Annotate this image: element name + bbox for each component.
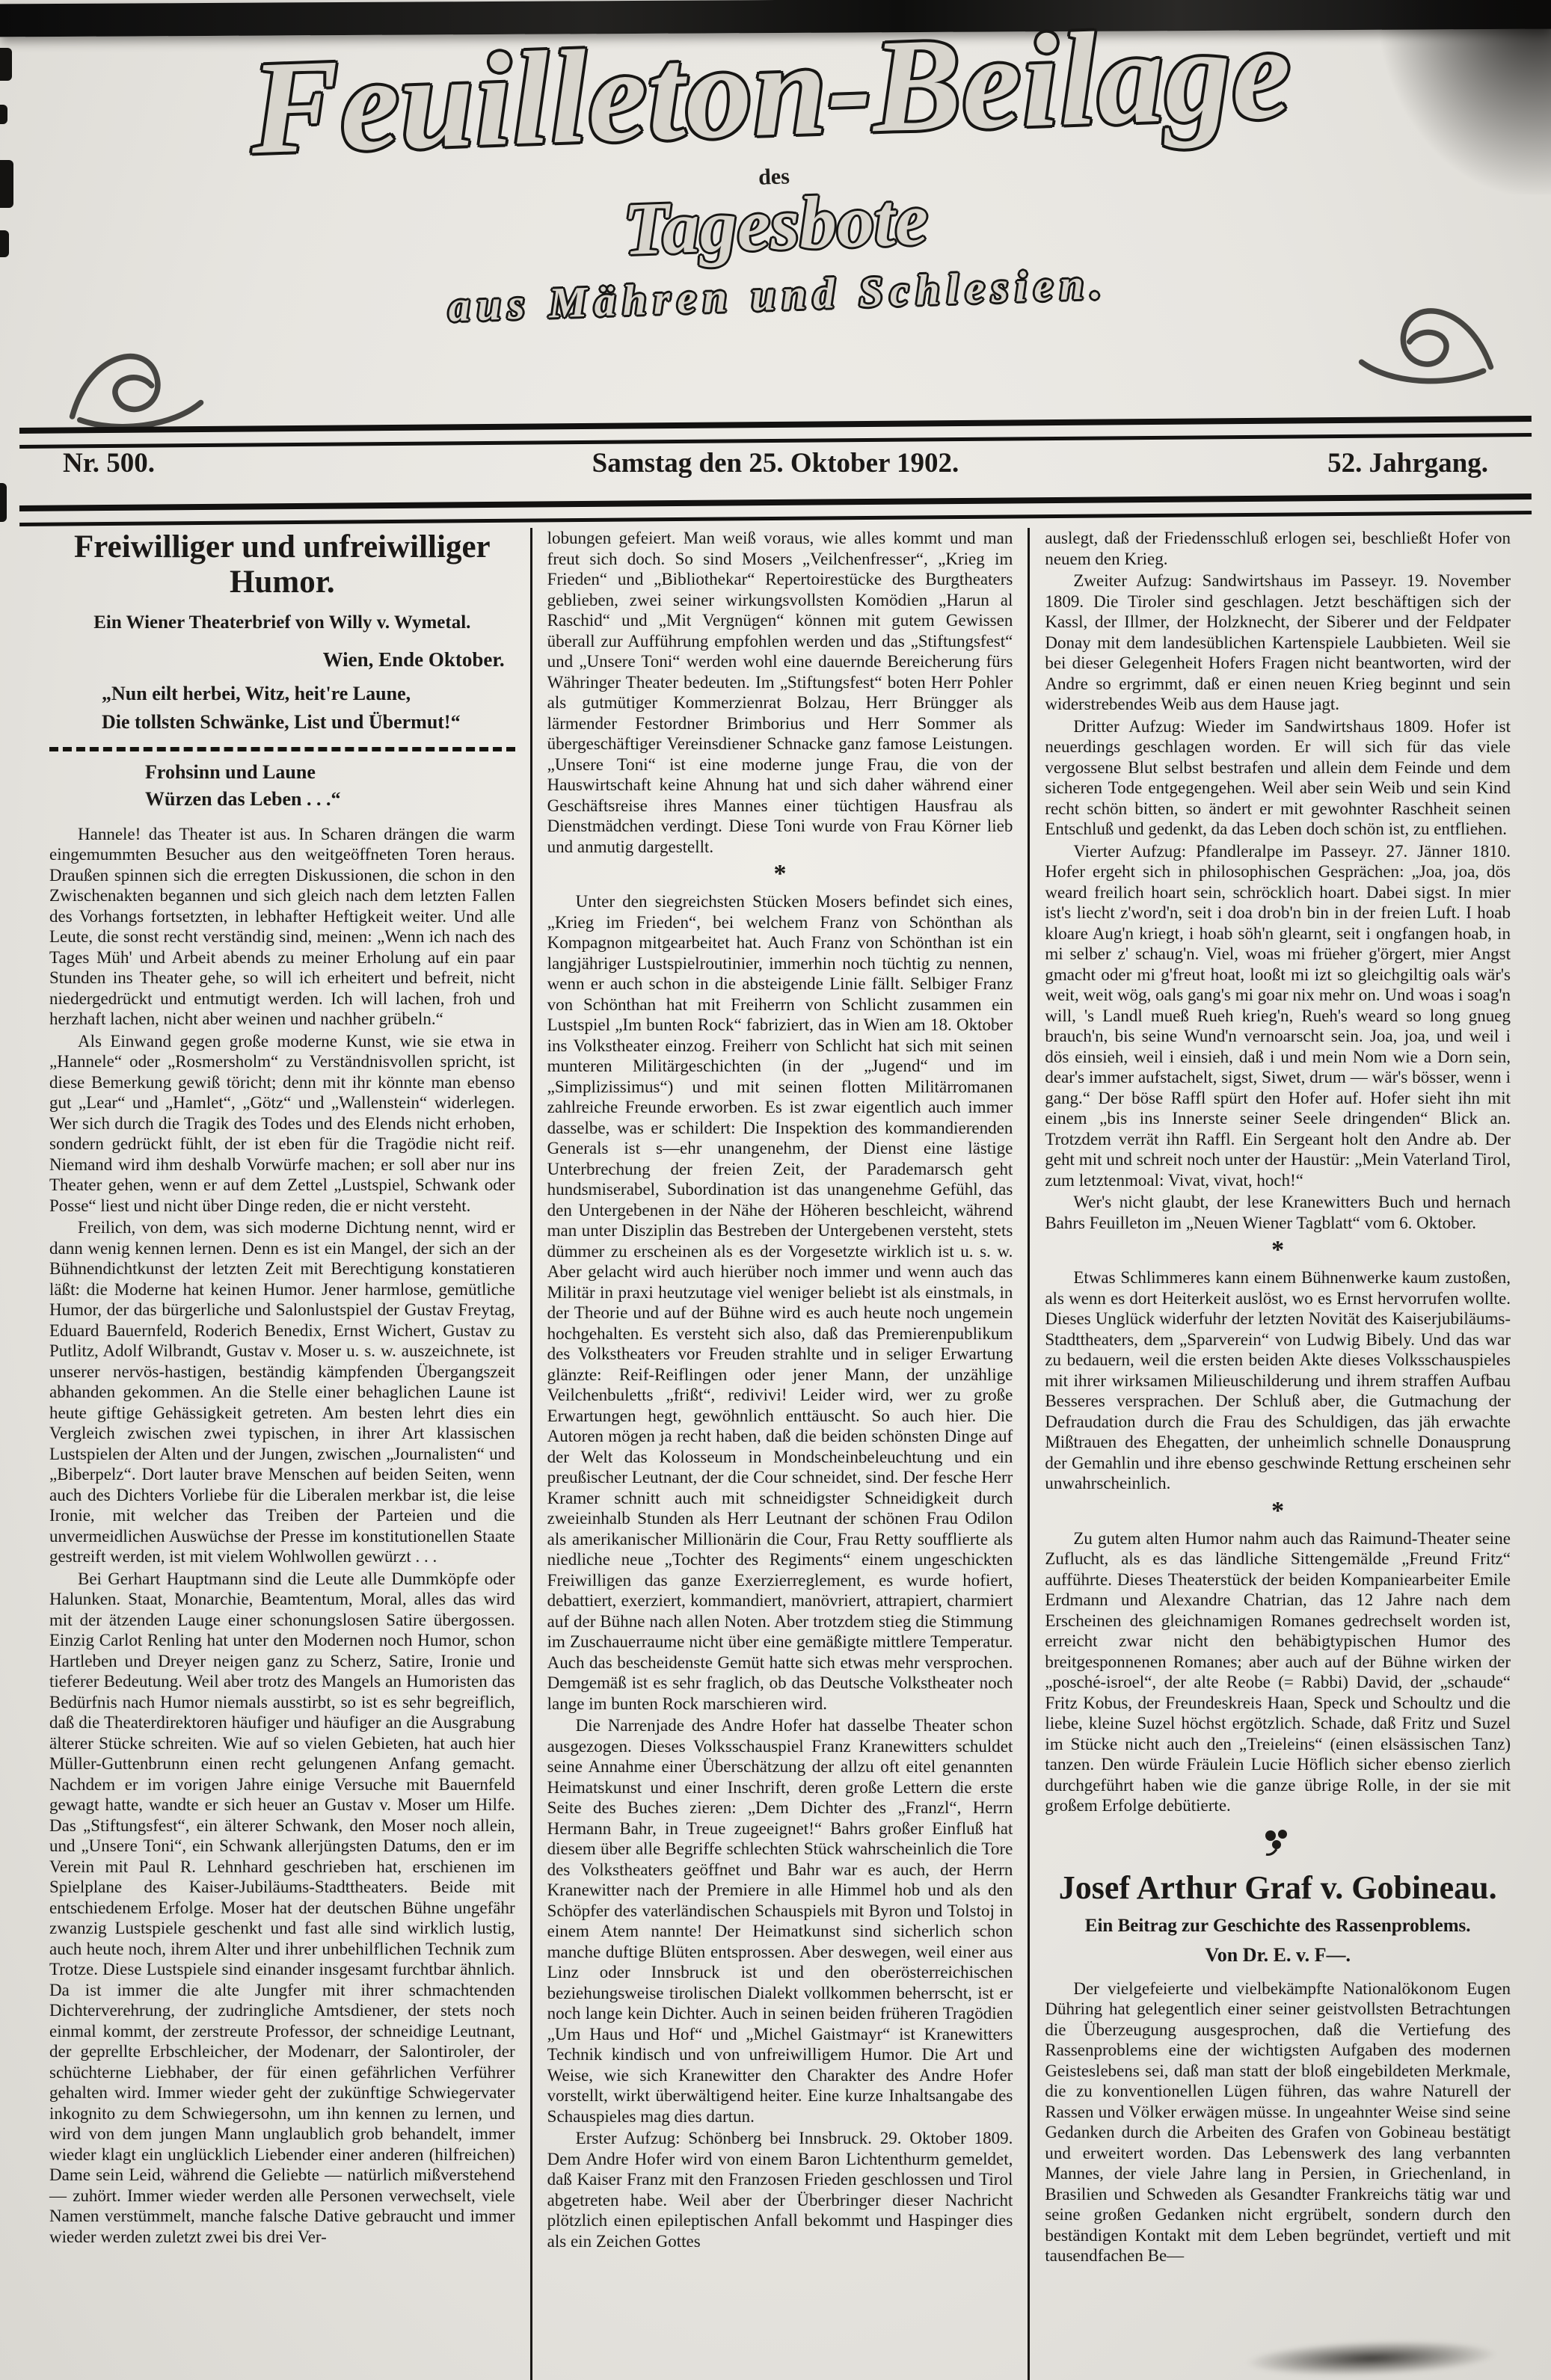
flourish-left-ornament bbox=[39, 320, 267, 440]
paragraph: Freilich, von dem, was sich moderne Dich… bbox=[49, 1217, 515, 1567]
paragraph: Bei Gerhart Hauptmann sind die Leute all… bbox=[49, 1569, 515, 2248]
paragraph: Erster Aufzug: Schönberg bei Innsbruck. … bbox=[547, 2128, 1013, 2251]
double-rule-bottom bbox=[19, 493, 1532, 526]
flourish-right-ornament bbox=[1293, 276, 1521, 396]
section-star-separator: * bbox=[1045, 1239, 1511, 1261]
paragraph: Zu gutem alten Humor nahm auch das Raimu… bbox=[1045, 1528, 1511, 1816]
scan-edge-blob bbox=[0, 105, 7, 124]
paragraph: Dritter Aufzug: Wieder im Sandwirtshaus … bbox=[1045, 716, 1511, 840]
verse-line: Frohsinn und Laune bbox=[145, 760, 515, 785]
paragraph: Wer's nicht glaubt, der lese Kranewitter… bbox=[1045, 1192, 1511, 1233]
article-title: Freiwilliger und unfreiwilliger Humor. bbox=[49, 529, 515, 600]
article-dateline: Wien, Ende Oktober. bbox=[49, 648, 505, 671]
column-1: Freiwilliger und unfreiwilliger Humor. E… bbox=[34, 528, 530, 2380]
paragraph: Unter den siegreichsten Stücken Mosers b… bbox=[547, 891, 1013, 1714]
scan-edge-blob bbox=[0, 230, 9, 257]
column-3: auslegt, daß der Friedensschluß erlogen … bbox=[1028, 528, 1526, 2380]
paragraph: auslegt, daß der Friedensschluß erlogen … bbox=[1045, 528, 1511, 569]
verse-line: Würzen das Leben . . .“ bbox=[145, 787, 515, 812]
paragraph: Etwas Schlimmeres kann einem Bühnenwerke… bbox=[1045, 1267, 1511, 1494]
section-star-separator: * bbox=[547, 863, 1013, 885]
dashed-divider bbox=[49, 747, 515, 751]
paragraph: Der vielgefeierte und vielbekämpfte Nati… bbox=[1045, 1978, 1511, 2266]
article2-title: Josef Arthur Graf v. Gobineau. bbox=[1045, 1871, 1511, 1905]
issue-number: Nr. 500. bbox=[63, 447, 420, 479]
column-2: lobungen gefeiert. Man weiß voraus, wie … bbox=[530, 528, 1028, 2380]
paragraph: Als Einwand gegen große moderne Kunst, w… bbox=[49, 1031, 515, 1217]
motto-line: Die tollsten Schwänke, List und Übermut!… bbox=[102, 710, 515, 735]
article2-byline: Von Dr. E. v. F—. bbox=[1045, 1944, 1511, 1967]
article2-subtitle: Ein Beitrag zur Geschichte des Rassenpro… bbox=[1045, 1916, 1511, 1937]
issue-volume: 52. Jahrgang. bbox=[1132, 447, 1489, 479]
masthead: Feuilleton-Beilage des Tagesbote aus Mäh… bbox=[23, 0, 1527, 443]
scan-edge-blob bbox=[0, 483, 7, 522]
scan-edge-blob bbox=[0, 48, 12, 81]
article-subtitle: Ein Wiener Theaterbrief von Willy v. Wym… bbox=[49, 612, 515, 633]
motto-line: „Nun eilt herbei, Witz, heit're Laune, bbox=[102, 682, 515, 707]
scan-edge-blob bbox=[0, 160, 13, 208]
page-columns: Freiwilliger und unfreiwilliger Humor. E… bbox=[34, 528, 1526, 2380]
issue-line: Nr. 500. Samstag den 25. Oktober 1902. 5… bbox=[63, 447, 1488, 479]
paragraph: Vierter Aufzug: Pfandleralpe im Passeyr.… bbox=[1045, 841, 1511, 1191]
issue-date: Samstag den 25. Oktober 1902. bbox=[420, 447, 1132, 479]
paragraph: Hannele! das Theater ist aus. In Scharen… bbox=[49, 824, 515, 1030]
floral-ornament bbox=[1045, 1827, 1511, 1863]
paragraph: Die Narrenjade des Andre Hofer hat dasse… bbox=[547, 1715, 1013, 2127]
paragraph: Zweiter Aufzug: Sandwirtshaus im Passeyr… bbox=[1045, 571, 1511, 715]
section-star-separator: * bbox=[1045, 1500, 1511, 1522]
paragraph: lobungen gefeiert. Man weiß voraus, wie … bbox=[547, 528, 1013, 857]
